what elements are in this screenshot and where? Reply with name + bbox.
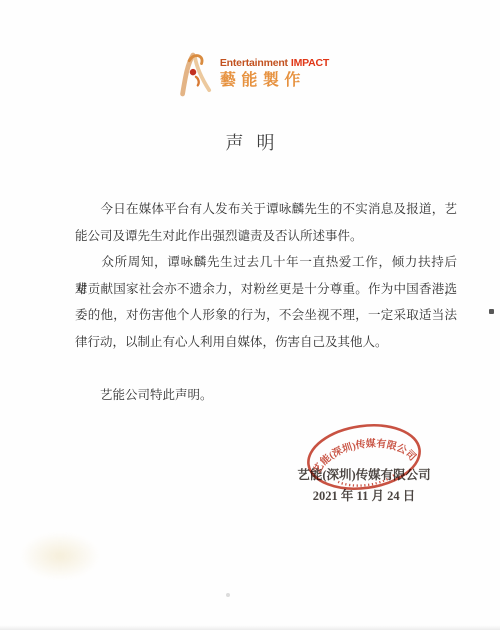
body-line: 今日在媒体平台有人发布关于谭咏麟先生的不实消息及报道，艺 <box>75 196 457 223</box>
body-line: 律行动，以制止有心人利用自媒体，伤害自己及其他人。 <box>75 329 457 356</box>
scan-speck <box>226 593 230 597</box>
signature-company-name: 艺能(深圳)传媒有限公司 <box>296 466 432 485</box>
logo-english-name: EntertainmentIMPACT <box>220 57 329 69</box>
body-line: 能公司及谭先生对此作出强烈谴责及否认所述事件。 <box>75 223 457 250</box>
scan-smudge <box>20 532 100 580</box>
body-line: 委的他，对伤害他个人形象的行为，不会坐视不理，一定采取适当法 <box>75 302 457 329</box>
page-bottom-shadow <box>0 625 500 630</box>
logo-word-entertainment: Entertainment <box>220 57 288 69</box>
closing-line: 艺能公司特此声明。 <box>75 382 457 409</box>
signature-date: 2021 年 11 月 24 日 <box>296 487 432 505</box>
statement-title: 声明 <box>0 129 500 155</box>
company-logo: EntertainmentIMPACT 藝能製作 <box>177 50 329 98</box>
body-line: 众所周知，谭咏麟先生过去几十年一直热爱工作，倾力扶持后辈， <box>75 249 457 276</box>
signature-block: 艺能(深圳)传媒有限公司 2021 年 11 月 24 日 <box>296 466 432 505</box>
brushstroke-figure-logo-icon <box>177 50 215 98</box>
body-line: 对贡献国家社会亦不遗余力，对粉丝更是十分尊重。作为中国香港选 <box>75 276 457 303</box>
statement-body: 今日在媒体平台有人发布关于谭咏麟先生的不实消息及报道，艺 能公司及谭先生对此作出… <box>75 196 457 408</box>
logo-word-impact: IMPACT <box>291 57 329 69</box>
body-spacer-line <box>75 355 457 382</box>
letter-page: EntertainmentIMPACT 藝能製作 声明 今日在媒体平台有人发布关… <box>0 0 500 630</box>
scan-speck <box>489 309 494 314</box>
logo-wordmark: EntertainmentIMPACT 藝能製作 <box>220 57 329 91</box>
logo-chinese-name: 藝能製作 <box>220 71 306 91</box>
